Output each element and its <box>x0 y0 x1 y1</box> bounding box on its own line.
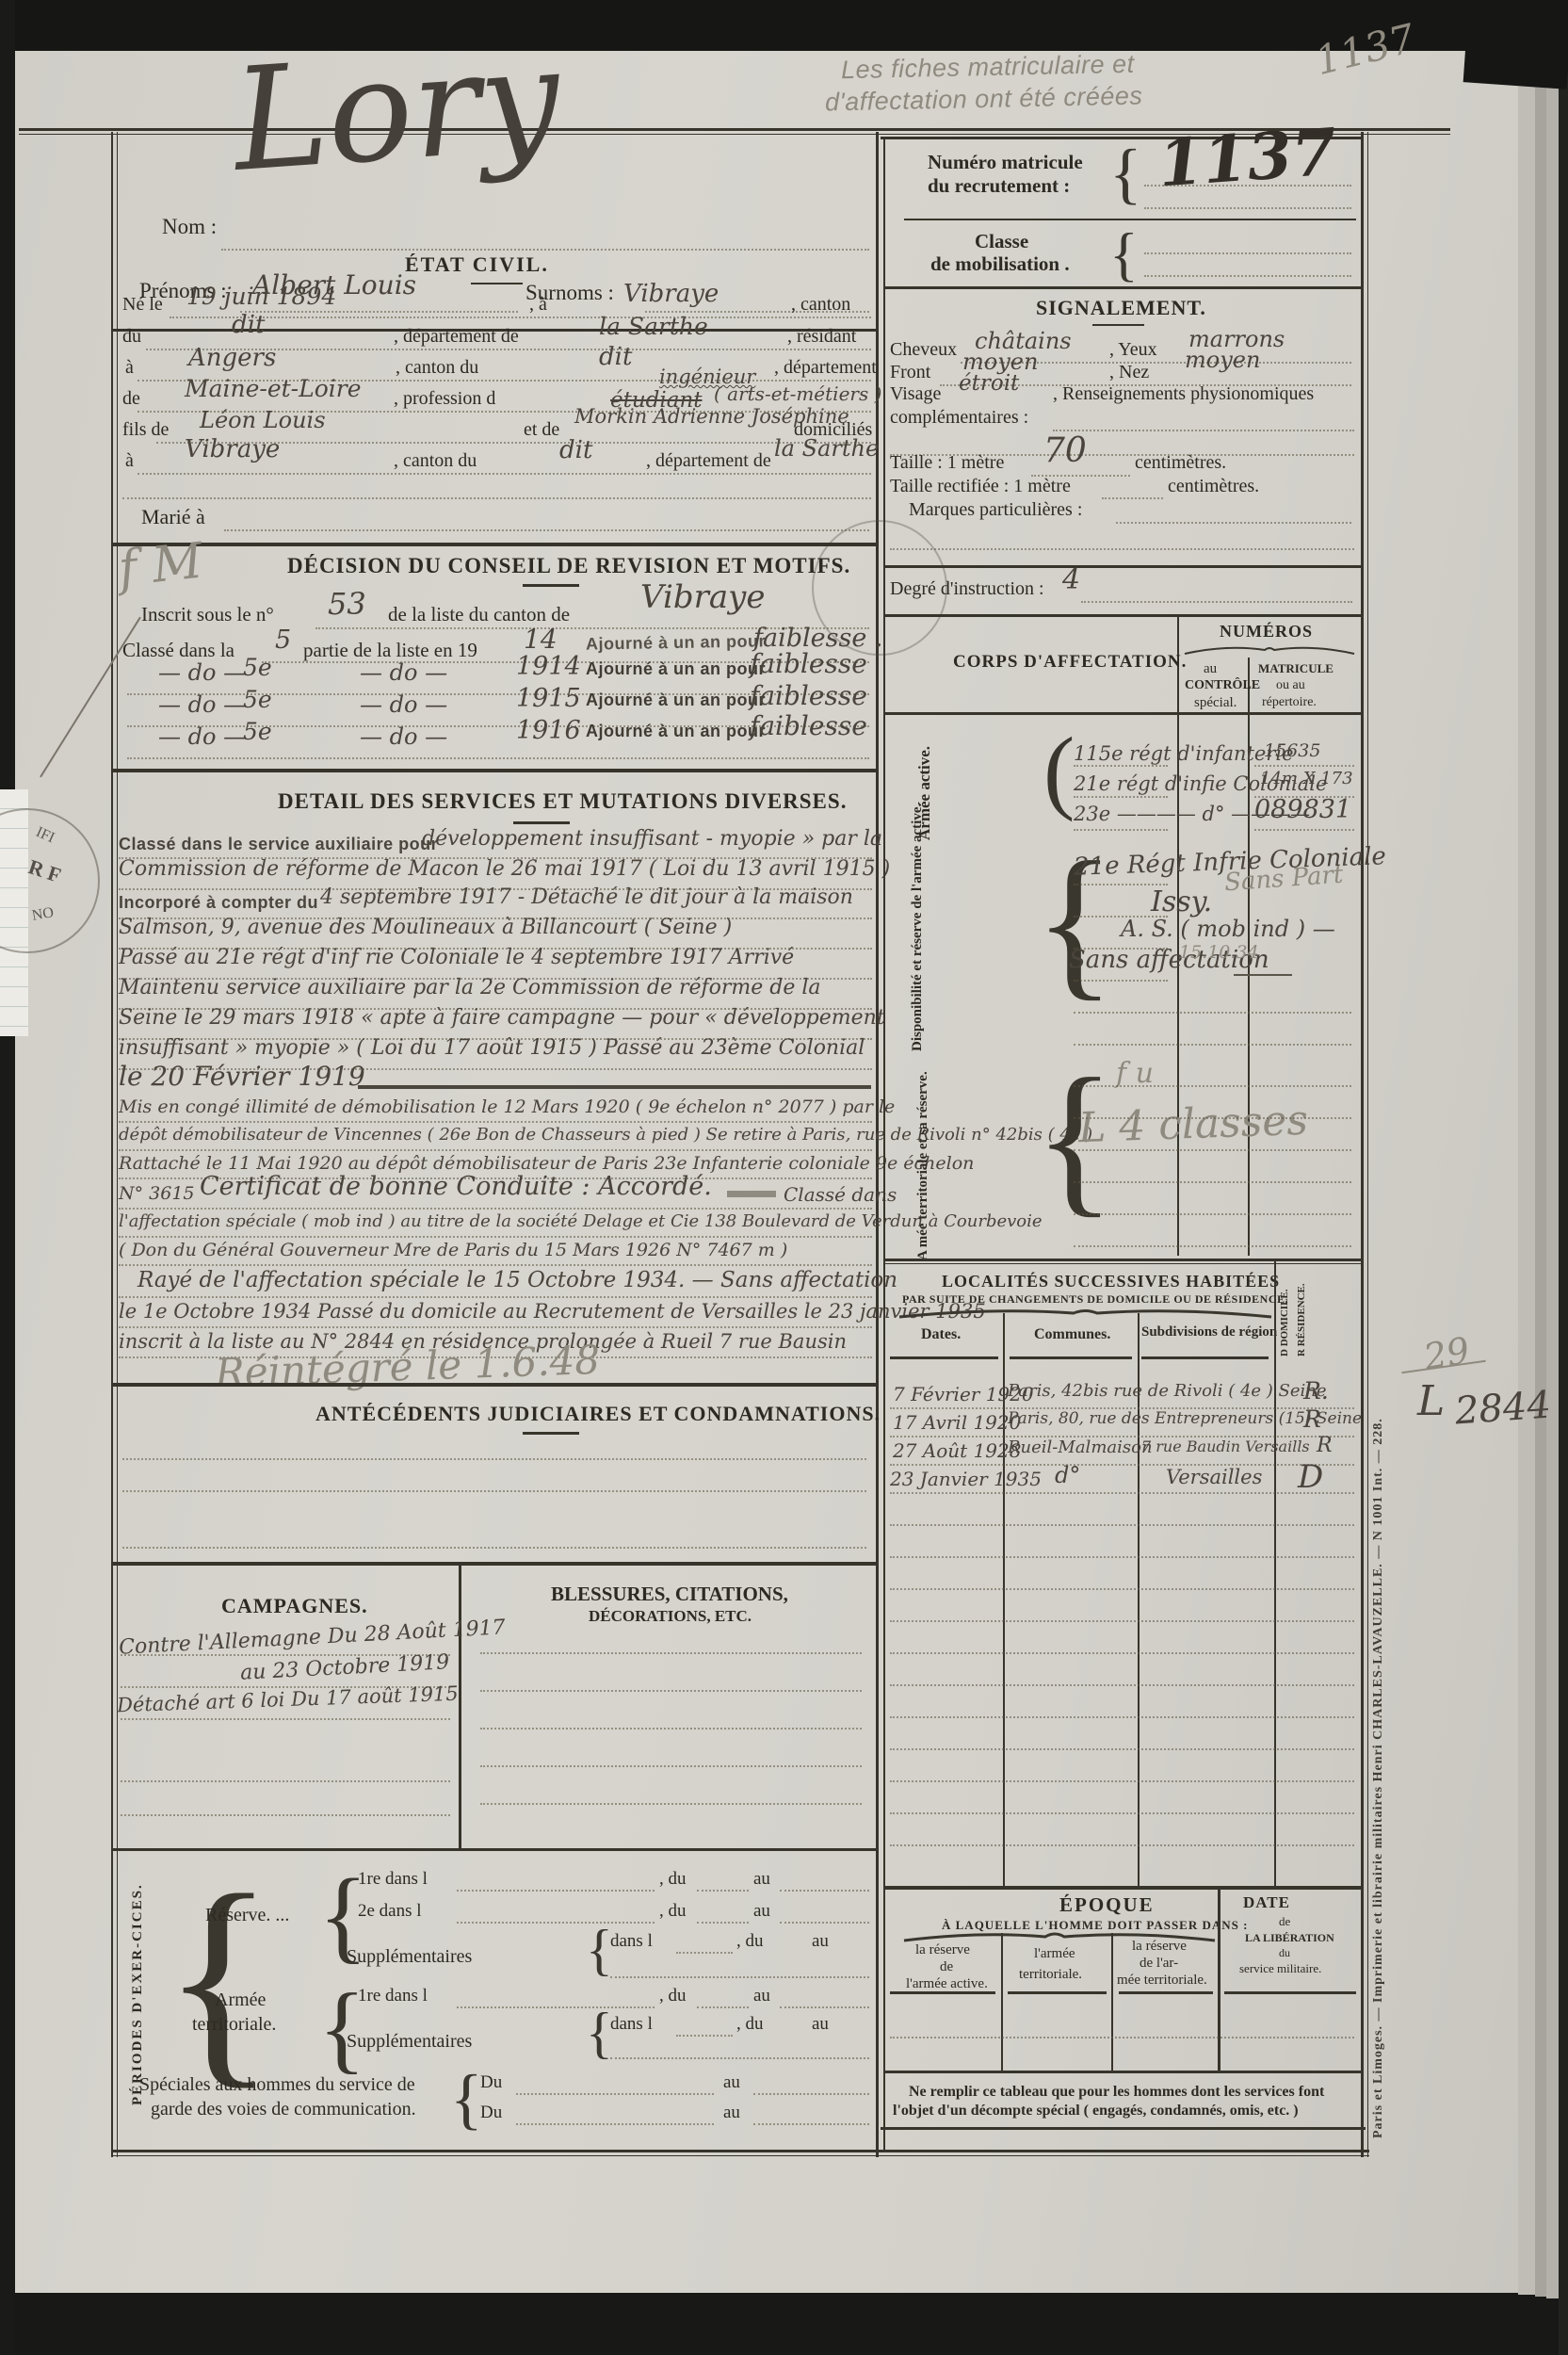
partie-value: 5e <box>243 686 272 713</box>
armee-territoriale-header: l'armée <box>1034 1946 1075 1962</box>
etat-civil-title: ÉTAT CIVIL. <box>405 252 549 277</box>
pencil-date: 15.10.34 <box>1179 942 1259 963</box>
canton-value: dit <box>232 311 265 339</box>
inscrit-label: Inscrit sous le n° <box>141 603 274 626</box>
reserve-territoriale-header: de l'ar- <box>1140 1956 1178 1972</box>
residant-label: , résidant <box>787 326 856 348</box>
photo-bottom-band <box>0 2293 1568 2355</box>
services-line: Rattaché le 11 Mai 1920 au dépôt démobil… <box>119 1153 974 1174</box>
ajourne-stamp: Ajourné à un an pour <box>586 722 766 741</box>
dotted-line <box>753 2123 869 2125</box>
territoriale-side-label: A mée territoriale et sa réserve. <box>912 1063 961 1260</box>
domicile-header: D DOMICILE. <box>1279 1270 1290 1356</box>
dotted-line <box>221 249 869 251</box>
services-line: 4 septembre 1917 - Détaché le dit jour à… <box>320 885 853 909</box>
front-label: Front <box>890 362 930 383</box>
year-value: 14 <box>524 624 558 655</box>
rule <box>1111 1933 1113 2071</box>
domicile-value: Vibraye <box>185 435 280 463</box>
dotted-line <box>890 1652 1354 1654</box>
de-label: de <box>122 388 140 410</box>
dotted-line <box>890 1588 1354 1590</box>
blessures-subtitle: DÉCORATIONS, ETC. <box>589 1607 752 1626</box>
ajourne-stamp: Ajourné à un an pour <box>586 690 766 710</box>
ne-le-label: Né le <box>122 294 163 316</box>
dotted-line <box>697 1890 749 1892</box>
locality-subdiv: 7 rue Baudin Versaills <box>1141 1437 1310 1455</box>
dotted-line <box>119 1326 872 1328</box>
rule <box>111 2155 1369 2156</box>
rule <box>885 1263 1361 1264</box>
motif-value: faiblesse <box>750 710 867 741</box>
dotted-line <box>121 1718 450 1720</box>
brace-curve <box>1185 644 1354 656</box>
ajourne-stamp: Ajourné à un an pour <box>586 631 766 654</box>
antecedents-title: ANTÉCÉDENTS JUDICIAIRES ET CONDAMNATIONS… <box>315 1402 881 1426</box>
matricule-value: 14m X 173 <box>1260 769 1353 788</box>
taille-rectifiee-label: Taille rectifiée : 1 mètre <box>890 476 1071 497</box>
a-label: à <box>125 450 134 472</box>
dotted-line <box>697 2006 749 2008</box>
matricule-number: 1137 <box>1156 114 1338 202</box>
locality-date: 23 Janvier 1935 <box>890 1468 1042 1490</box>
rule <box>1361 132 1364 2157</box>
locality-dr: R <box>1317 1434 1333 1457</box>
dotted-line <box>890 1684 1354 1686</box>
page-stack-edge <box>1546 70 1559 2298</box>
rule <box>471 283 523 284</box>
dotted-line <box>780 1922 869 1924</box>
dotted-line <box>240 311 518 313</box>
rule <box>117 132 118 2157</box>
degre-instruction-value: 4 <box>1062 563 1080 596</box>
au-label: au <box>753 1869 770 1890</box>
profession-note: ( arts-et-métiers ) <box>714 382 881 405</box>
rule <box>885 712 1361 715</box>
matricule-value: 089831 <box>1254 795 1351 824</box>
dotted-line <box>457 2006 655 2008</box>
dotted-line <box>170 317 871 318</box>
services-line: l'affectation spéciale ( mob ind ) au ti… <box>119 1211 1043 1231</box>
du-label: , du <box>659 1986 687 2006</box>
dotted-line <box>1144 252 1351 254</box>
dans-l-label: dans l <box>610 2014 653 2035</box>
partie-value: 5e <box>243 654 272 681</box>
services-line: Classé dans <box>784 1183 897 1206</box>
au-label: au <box>723 2072 740 2093</box>
dotted-line <box>890 1464 1354 1466</box>
departement-value: la Sarthe <box>599 313 708 340</box>
dotted-line <box>122 1490 866 1492</box>
services-line: insuffisant » myopie » ( Loi du 17 août … <box>119 1036 865 1060</box>
rule <box>111 2150 1369 2152</box>
dotted-line <box>890 1780 1354 1782</box>
page-stack-edge <box>1535 62 1546 2297</box>
ditto: — do — <box>158 659 246 686</box>
dotted-line <box>1144 185 1351 187</box>
du-label: , du <box>736 1931 764 1952</box>
dotted-line <box>122 497 871 499</box>
date-liberation-header: du <box>1279 1946 1290 1960</box>
dotted-line <box>890 1556 1354 1558</box>
dotted-line <box>457 1922 655 1924</box>
dotted-line <box>610 2057 869 2059</box>
canton-name: Vibraye <box>640 578 765 616</box>
nom-label: Nom : <box>162 215 217 239</box>
rule <box>523 584 579 587</box>
rule <box>523 1432 579 1435</box>
brace: ( <box>1043 723 1075 818</box>
pencil-note: L 4 classes <box>1077 1096 1309 1152</box>
dotted-line <box>121 1814 450 1816</box>
margin-pencil-number: 29 <box>1421 1329 1473 1378</box>
margin-initials: f M <box>116 533 205 598</box>
margin-ink-flourish: L <box>1417 1377 1445 1425</box>
signalement-title: SIGNALEMENT. <box>1036 296 1206 320</box>
territoriale-label: territoriale. <box>192 2014 276 2036</box>
rule <box>113 1562 876 1566</box>
dotted-line <box>480 1690 862 1692</box>
au-label: au <box>753 1901 770 1922</box>
ditto: — do — <box>360 659 447 686</box>
campagnes-title: CAMPAGNES. <box>221 1594 368 1618</box>
dotted-line <box>480 1652 862 1654</box>
dotted-line <box>1074 1012 1351 1014</box>
locality-date: 27 Août 1928 <box>893 1439 1021 1462</box>
dotted-line <box>122 1547 866 1549</box>
rule <box>883 137 885 2152</box>
canton-du-label: , canton du <box>396 357 478 379</box>
reserve-2e: 2e dans l <box>358 1901 422 1922</box>
creation-stamp-line1: Les fiches matriculaire et <box>841 50 1135 86</box>
brace: { <box>586 2005 613 2061</box>
profession-label: , profession d <box>394 388 495 410</box>
dotted-line <box>1074 1117 1351 1119</box>
closing-stroke <box>358 1085 871 1089</box>
rule <box>890 1991 995 1994</box>
canton-label: , canton <box>791 294 850 316</box>
supplementaires-label: Supplémentaires <box>347 1946 472 1968</box>
dotted-line <box>1074 1245 1351 1247</box>
controle-header: CONTRÔLE <box>1185 678 1260 693</box>
du-label: , du <box>659 1869 687 1890</box>
date-liberation-header: LA LIBÉRATION <box>1245 1931 1334 1945</box>
services-line: le 1e Octobre 1934 Passé du domicile au … <box>119 1300 986 1323</box>
nez-label: , Nez <box>1109 362 1149 383</box>
ditto: — do — <box>360 723 447 750</box>
au-label: au <box>812 2014 829 2035</box>
brace: { <box>1109 224 1139 284</box>
locality-commune: Paris, 42bis rue de Rivoli ( 4e ) Seine <box>1008 1381 1327 1401</box>
supplementaires-label: Supplémentaires <box>347 2031 472 2053</box>
rule <box>885 565 1361 568</box>
dotted-line <box>1102 497 1163 499</box>
rule <box>113 769 876 772</box>
matricule-label2: du recrutement : <box>928 174 1070 198</box>
locality-dr: R <box>1303 1405 1321 1433</box>
au-label: au <box>812 1931 829 1952</box>
du-label: , du <box>736 2014 764 2035</box>
dotted-line <box>1081 601 1352 603</box>
complementaires-label: complémentaires : <box>890 407 1028 429</box>
motif-value: faiblesse <box>750 648 867 679</box>
locality-dr: R. <box>1303 1377 1329 1405</box>
numeros-header: NUMÉROS <box>1220 622 1313 642</box>
services-line: ( Don du Général Gouverneur Mre de Paris… <box>119 1240 787 1260</box>
canton-value: dit <box>559 436 592 464</box>
services-line: Seine le 29 mars 1918 « apte à faire cam… <box>119 1006 885 1030</box>
canton-value: dit <box>599 343 632 371</box>
dotted-line <box>890 1716 1354 1718</box>
locality-date: 17 Avril 1920 <box>893 1411 1021 1434</box>
date-liberation-header: DATE <box>1243 1893 1290 1912</box>
controle-header: spécial. <box>1194 695 1237 711</box>
brace: { <box>450 2065 483 2133</box>
cheveux-label: Cheveux <box>890 339 957 361</box>
dotted-line <box>480 1728 862 1730</box>
page-stack-edge <box>1518 55 1535 2295</box>
territoriale-1re: 1re dans l <box>358 1986 428 2006</box>
dotted-line <box>127 757 869 759</box>
dotted-line <box>890 1620 1354 1622</box>
page-stack-edge <box>1559 0 1568 2355</box>
services-line: développement insuffisant - myopie » par… <box>422 827 882 851</box>
departement-value: la Sarthe <box>774 435 879 462</box>
au-label: au <box>723 2103 740 2123</box>
father-name: Léon Louis <box>200 407 326 433</box>
residence-value: Angers <box>188 344 276 372</box>
du-label: Du <box>480 2072 502 2093</box>
rule <box>885 1259 1361 1261</box>
brace: { <box>1109 139 1142 207</box>
dotted-line <box>1254 765 1354 767</box>
date-liberation-header: de <box>1279 1914 1290 1929</box>
epoque-note: Ne remplir ce tableau que pour les homme… <box>909 2084 1324 2101</box>
departement-label: , département <box>774 357 877 379</box>
year-value: 1915 <box>516 684 581 713</box>
taille-value: 70 <box>1043 431 1087 470</box>
services-line: Passé au 21e régt d'inf rie Coloniale le… <box>119 946 794 969</box>
big-brace: { <box>162 1860 275 2096</box>
rule <box>885 2071 1361 2073</box>
du-label: , du <box>659 1901 687 1922</box>
rule <box>1001 1933 1003 2071</box>
localites-subtitle: PAR SUITE DE CHANGEMENTS DE DOMICILE OU … <box>902 1292 1288 1307</box>
reserve-corps-row: A. S. ( mob ind ) — <box>1121 916 1335 942</box>
dotted-line <box>1074 1149 1351 1151</box>
dotted-line <box>676 1952 733 1954</box>
ditto: — do — <box>360 691 447 718</box>
dotted-line <box>457 1890 655 1892</box>
canton-du-label: , canton du <box>394 450 477 472</box>
disponibilite-side-label: Disponibilité et réserve de l'armée acti… <box>906 844 955 1051</box>
a-label: à <box>125 357 134 379</box>
dotted-line <box>697 1922 749 1924</box>
classe-mobilisation-label2: de mobilisation . <box>930 252 1070 276</box>
visage-value: étroit <box>959 371 1019 396</box>
dotted-line <box>1074 1044 1351 1046</box>
dotted-line <box>1116 522 1351 524</box>
reserve-territoriale-header: la réserve <box>1132 1939 1187 1955</box>
centimetres-label: centimètres. <box>1135 452 1226 474</box>
dotted-line <box>890 1844 1354 1846</box>
du-label: Du <box>480 2103 502 2123</box>
locality-commune: d° <box>1055 1462 1080 1488</box>
degre-instruction-label: Degré d'instruction : <box>890 578 1044 600</box>
speciales-label2: garde des voies de communication. <box>151 2099 416 2120</box>
marques-label: Marques particulières : <box>909 499 1082 521</box>
services-title: DETAIL DES SERVICES ET MUTATIONS DIVERSE… <box>278 789 847 814</box>
dotted-line <box>516 2123 714 2125</box>
au-label: au <box>753 1986 770 2006</box>
rule <box>113 1383 876 1387</box>
scanned-military-register-page: Les fiches matriculaire et d'affectation… <box>0 0 1568 2355</box>
dotted-line <box>890 2037 1354 2038</box>
residence-header: R RÉSIDENCE. <box>1296 1270 1307 1356</box>
rule <box>890 1356 998 1359</box>
service-auxiliaire-stamp: Classé dans le service auxiliaire pour <box>119 835 438 854</box>
dotted-line <box>1074 765 1168 767</box>
rule <box>1274 1259 1276 1886</box>
rule <box>513 821 570 824</box>
services-line: Rayé de l'affectation spéciale le 15 Oct… <box>137 1268 897 1292</box>
rule <box>1367 132 1368 2157</box>
a-label: , à <box>529 294 547 316</box>
departement-label: , département de <box>394 326 519 348</box>
centimetres-label: centimètres. <box>1168 476 1259 497</box>
margin-ink-number: 2844 <box>1454 1384 1553 1434</box>
yeux-label: , Yeux <box>1109 339 1157 361</box>
communes-header: Communes. <box>1034 1326 1110 1343</box>
year-value: 1914 <box>516 652 581 681</box>
services-line: Commission de réforme de Macon le 26 mai… <box>119 857 890 881</box>
dotted-line <box>890 1524 1354 1526</box>
partie-value: 5 <box>275 625 291 655</box>
nez-value: moyen <box>1185 347 1260 373</box>
dotted-line <box>480 1765 862 1767</box>
services-line: Maintenu service auxiliaire par la 2e Co… <box>119 976 821 999</box>
dotted-line <box>1074 980 1168 982</box>
dotted-line <box>119 1208 872 1210</box>
bonne-conduite: Certificat de bonne Conduite : Accordé. <box>200 1172 712 1201</box>
reserve-active-header: de <box>940 1959 953 1975</box>
speciales-label1: Spéciales aux hommes du service de <box>139 2074 415 2096</box>
epoque-note: l'objet d'un décompte spécial ( engagés,… <box>893 2103 1299 2119</box>
visage-label: Visage <box>890 383 941 405</box>
matricule-header: répertoire. <box>1262 695 1317 710</box>
blessures-title: BLESSURES, CITATIONS, <box>551 1583 788 1606</box>
motif-value: faiblesse <box>750 680 867 711</box>
dotted-line <box>780 2006 869 2008</box>
partie-value: 5e <box>243 718 272 745</box>
matricule-header: MATRICULE <box>1258 661 1334 676</box>
dotted-line <box>1144 207 1351 209</box>
dates-header: Dates. <box>921 1326 961 1343</box>
marie-a-label: Marié à <box>141 505 205 529</box>
reserve-corps-row: Issy. <box>1151 885 1212 918</box>
reserve-territoriale-header: mée territoriale. <box>1117 1973 1207 1989</box>
dotted-line <box>1254 829 1354 831</box>
photo-left-band <box>0 0 15 2355</box>
rule <box>885 614 1361 617</box>
reserve-label: Réserve. ... <box>205 1905 289 1926</box>
dotted-line <box>1053 430 1354 431</box>
locality-dr: D <box>1298 1458 1323 1496</box>
armee-territoriale-header: territoriale. <box>1019 1967 1082 1983</box>
printer-imprint: Paris et Limoges. — Imprimerie et librai… <box>1371 735 1386 2138</box>
corps-row: 115e régt d'infanterie <box>1074 742 1294 765</box>
services-line: le 20 Février 1919 <box>119 1061 365 1092</box>
dotted-line <box>1074 796 1168 798</box>
dotted-line <box>1074 1213 1351 1215</box>
du-label: du <box>122 326 141 348</box>
rule <box>885 286 1361 289</box>
incorpore-stamp: Incorporé à compter du <box>119 893 318 913</box>
ditto: — do — <box>158 723 246 750</box>
rule <box>1224 1991 1356 1994</box>
dotted-line <box>224 529 869 531</box>
matricule-header: ou au <box>1276 678 1305 693</box>
fils-de-label: fils de <box>122 419 169 441</box>
renseignements-label: , Renseignements physionomiques <box>1053 383 1314 405</box>
controle-header: au <box>1204 661 1217 677</box>
dotted-line <box>890 548 1354 550</box>
dotted-line <box>119 1149 872 1151</box>
reserve-1re: 1re dans l <box>358 1869 428 1890</box>
armee-label: Armée <box>215 1990 266 2011</box>
rule <box>1010 1356 1132 1359</box>
rule <box>1218 1890 1220 2071</box>
dotted-line <box>122 1458 866 1460</box>
dotted-line <box>780 1890 869 1892</box>
reserve-active-header: la réserve <box>915 1942 970 1958</box>
dotted-line <box>890 1812 1354 1814</box>
dotted-line <box>119 1121 872 1123</box>
dotted-line <box>753 2093 869 2095</box>
dotted-line <box>516 2093 714 2095</box>
dotted-line <box>1074 1085 1351 1087</box>
date-liberation-header: service militaire. <box>1239 1961 1321 1976</box>
dotted-line <box>121 1780 450 1782</box>
ditto: — do — <box>158 691 246 718</box>
rule <box>459 1566 461 1848</box>
dotted-line <box>890 1748 1354 1750</box>
rule <box>111 132 113 2157</box>
dotted-line <box>119 1264 872 1266</box>
rule <box>113 543 876 546</box>
services-line: N° 3615 <box>119 1183 195 1204</box>
rule <box>1141 1356 1269 1359</box>
brace: { <box>586 1922 613 1978</box>
dotted-line <box>1074 1181 1351 1183</box>
departement-value: Maine-et-Loire <box>185 375 362 402</box>
dotted-line <box>676 2035 733 2037</box>
services-line: Salmson, 9, avenue des Moulineaux à Bill… <box>119 916 732 939</box>
grey-dash <box>727 1191 776 1197</box>
epoque-title: ÉPOQUE <box>1059 1893 1155 1917</box>
locality-commune: Rueil-Malmaison <box>1008 1437 1153 1457</box>
reserve-active-header: l'armée active. <box>906 1976 988 1992</box>
dans-l-label: dans l <box>610 1931 653 1952</box>
ajourne-stamp: Ajourné à un an pour <box>586 659 766 679</box>
year-value: 1916 <box>516 716 581 745</box>
dotted-line <box>890 1492 1354 1494</box>
rule <box>1092 324 1144 326</box>
subdivisions-header: Subdivisions de région <box>1141 1324 1277 1340</box>
dotted-line <box>480 1803 862 1805</box>
locality-subdiv: Versailles <box>1166 1466 1262 1488</box>
et-de-label: et de <box>524 419 559 441</box>
